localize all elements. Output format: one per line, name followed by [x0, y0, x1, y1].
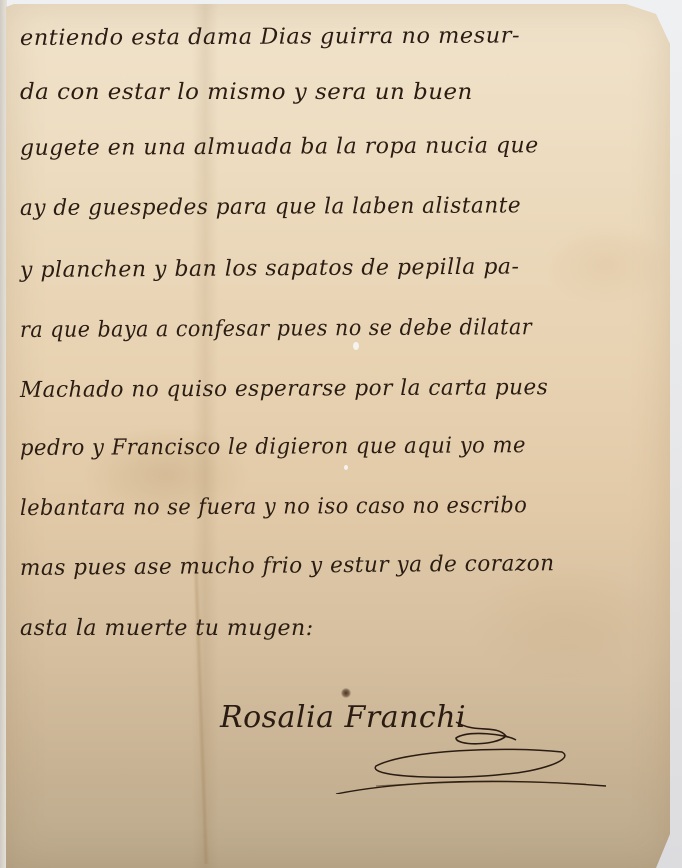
letter-line-8: pedro y Francisco le digieron que aqui y… [20, 433, 526, 461]
paper-wormhole-small [344, 465, 348, 470]
letter-line-5: y planchen y ban los sapatos de pepilla … [20, 255, 520, 283]
letter-line-2: da con estar lo mismo y sera un buen [20, 80, 473, 105]
letter-line-10: mas pues ase mucho frio y estur ya de co… [20, 551, 555, 581]
letter-paper: entiendo esta dama Dias guirra no mesur-… [6, 4, 670, 868]
paper-edge-shadow [0, 0, 7, 868]
letter-line-7: Machado no quiso esperarse por la carta … [20, 375, 548, 403]
signature-rubric-flourish [206, 694, 626, 794]
letter-line-9: lebantara no se fuera y no iso caso no e… [20, 493, 527, 521]
letter-line-4: ay de guespedes para que la laben alista… [20, 193, 521, 221]
letter-line-6: ra que baya a confesar pues no se debe d… [20, 315, 532, 343]
letter-line-11: asta la muerte tu mugen: [20, 616, 314, 641]
signature-block: Rosalia Franchi [206, 694, 626, 794]
letter-line-1: entiendo esta dama Dias guirra no mesur- [20, 23, 520, 51]
paper-wormhole [353, 342, 359, 350]
letter-line-3: gugete en una almuada ba la ropa nucia q… [20, 133, 539, 161]
